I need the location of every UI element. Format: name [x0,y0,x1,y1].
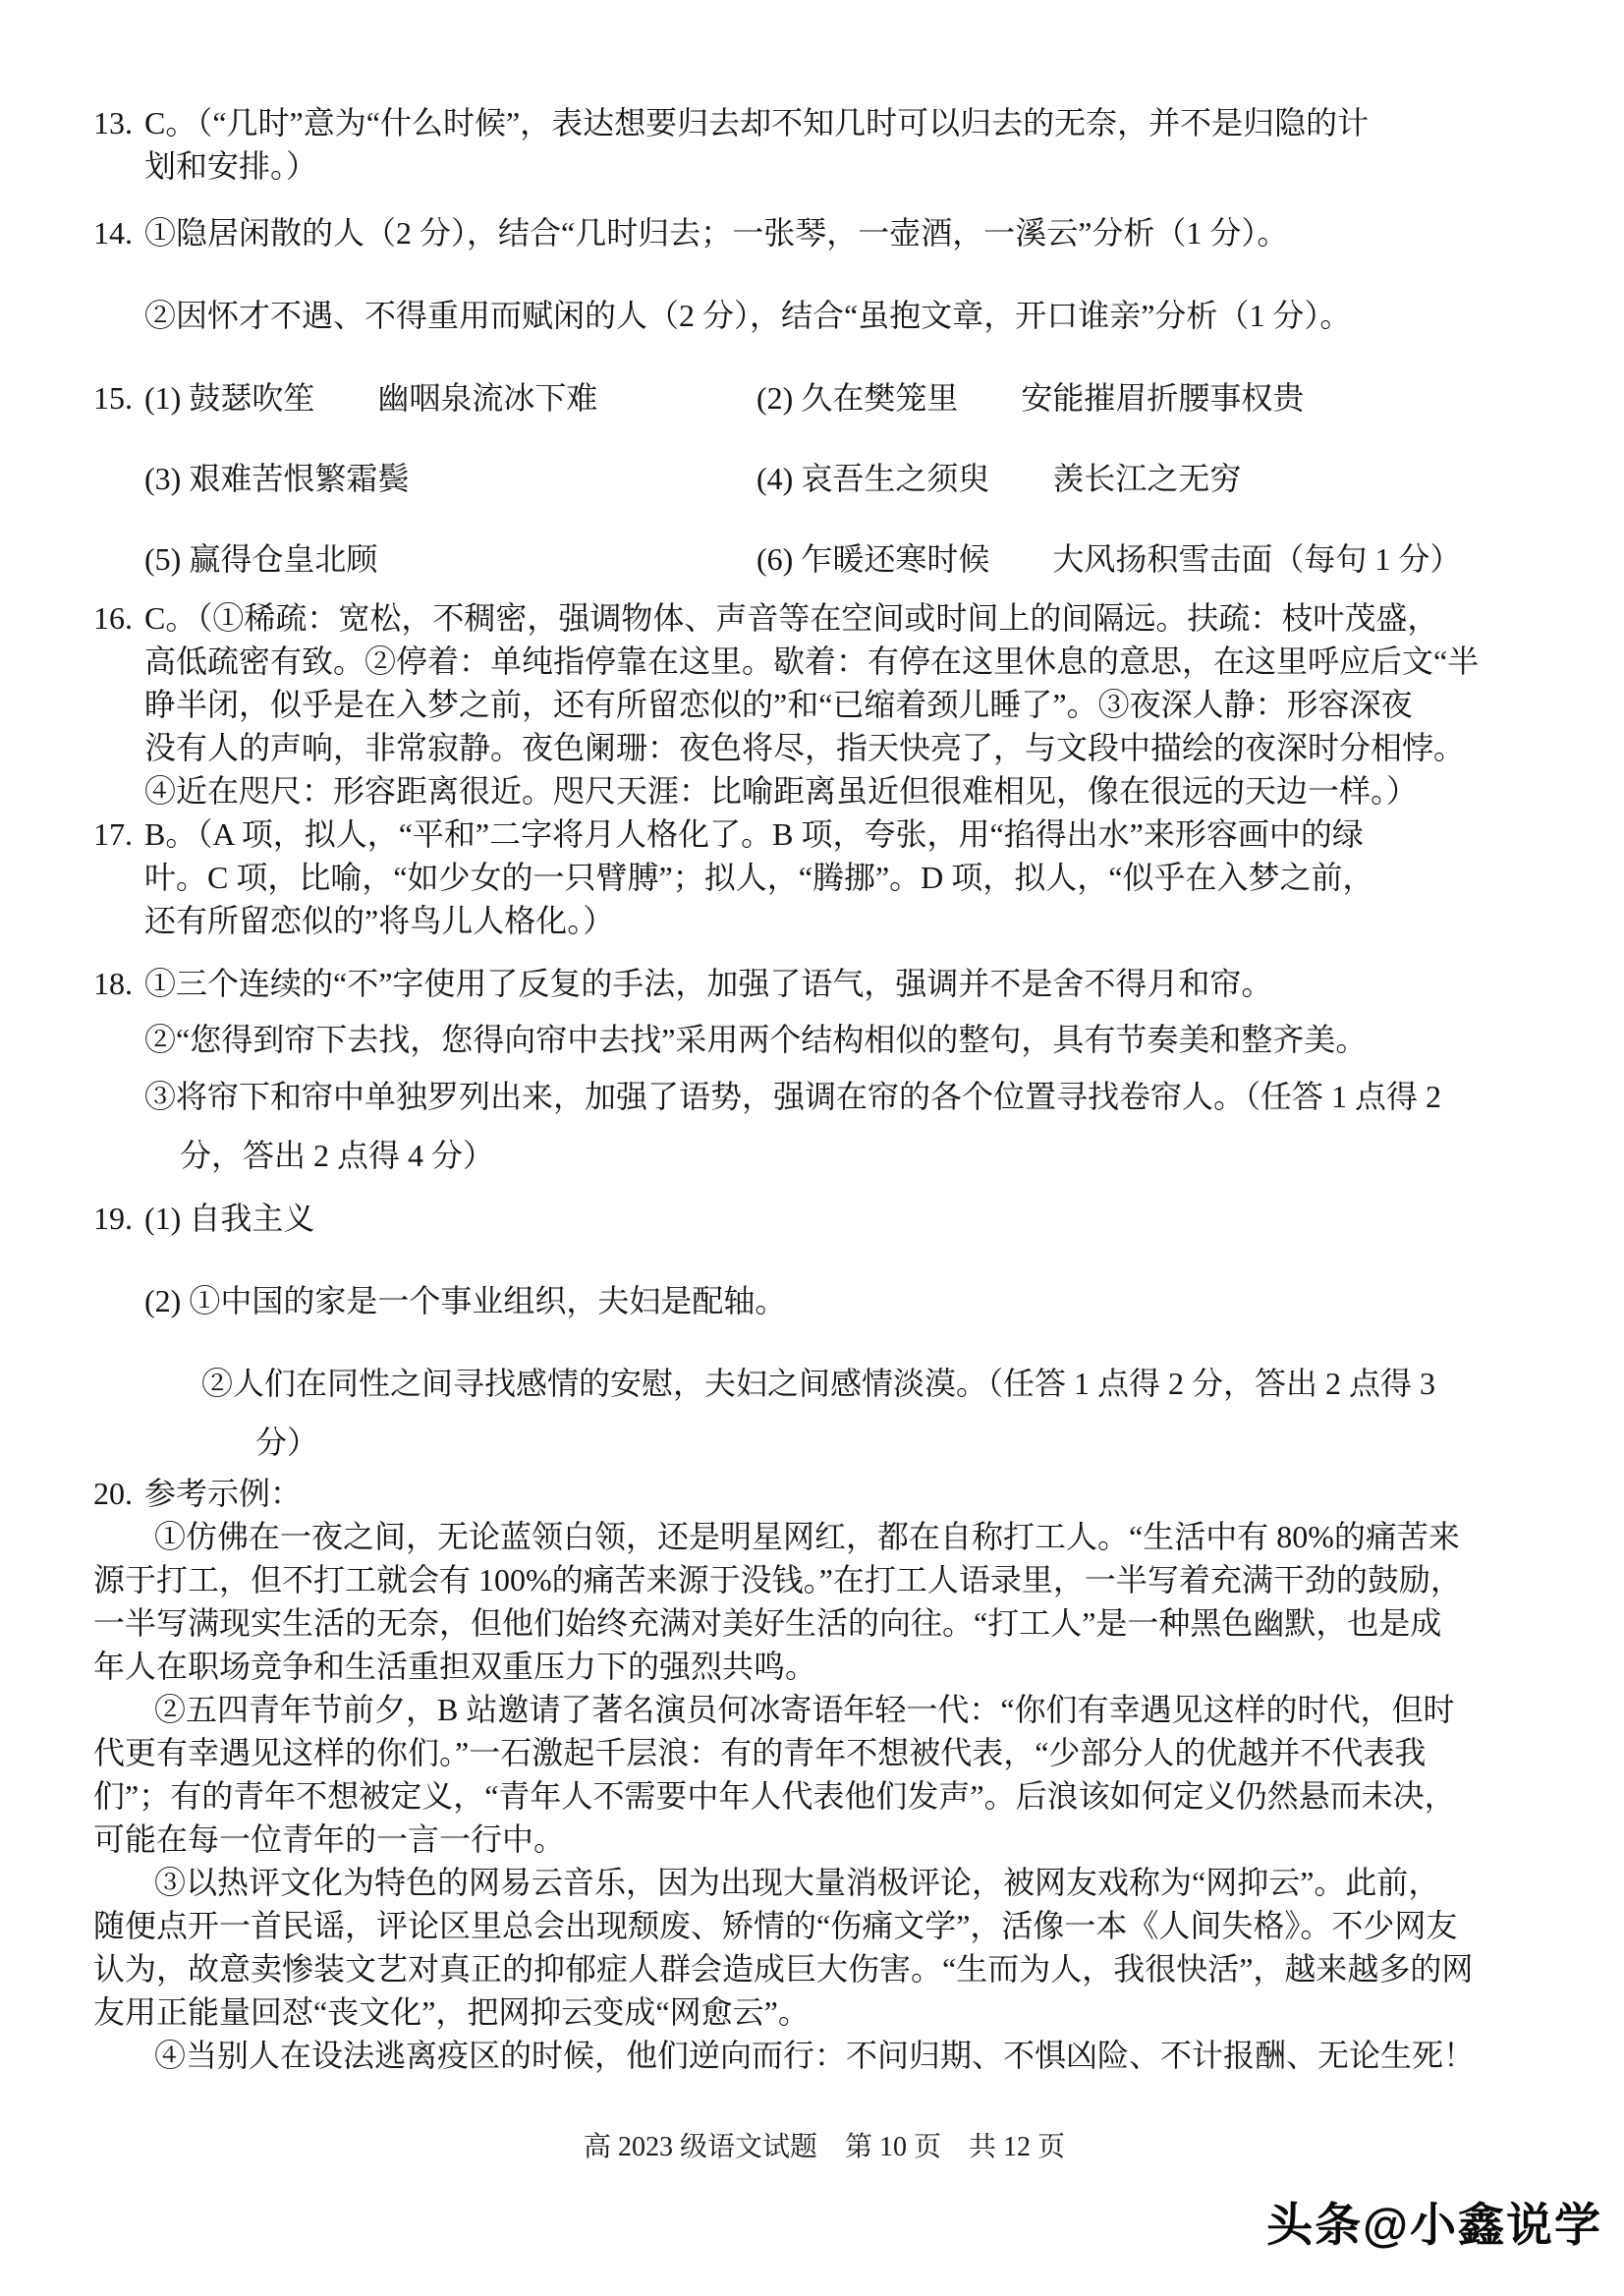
question-number: 18. [93,962,133,1005]
answer-line: 高低疏密有致。②停着：单纯指停靠在这里。歇着：有停在这里休息的意思，在这里呼应后… [144,640,1555,683]
answer-cell: (5) 赢得仓皇北顾 [144,537,756,581]
answer-cell: (1) 鼓瑟吹笙 幽咽泉流冰下难 [144,376,756,420]
answer-item-13: 13. C。（“几时”意为“什么时候”，表达想要归去却不知几时可以归去的无奈，并… [93,101,1555,188]
question-number: 14. [93,211,133,254]
answer-line: ②“您得到帘下去找，您得向帘中去找”采用两个结构相似的整句，具有节奏美和整齐美。 [144,1018,1555,1061]
answer-line: B。（A 项，拟人，“平和”二字将月人格化了。B 项，夸张，用“掐得出水”来形容… [144,812,1555,856]
question-number: 16. [93,596,133,640]
answer-item-16: 16. C。（①稀疏：宽松，不稠密，强调物体、声音等在空间或时间上的间隔远。扶疏… [93,596,1555,812]
answer-line: ③以热评文化为特色的网易云音乐，因为出现大量消极评论，被网友戏称为“网抑云”。此… [93,1861,1555,1904]
answer-line: ③将帘下和帘中单独罗列出来，加强了语势，强调在帘的各个位置寻找卷帘人。（任答 1… [144,1075,1555,1118]
exam-answer-page: 13. C。（“几时”意为“什么时候”，表达想要归去却不知几时可以归去的无奈，并… [0,0,1624,2296]
answer-line: 睁半闭，似乎是在入梦之前，还有所留恋似的”和“已缩着颈儿睡了”。③夜深人静：形容… [144,683,1555,726]
answer-line: ①隐居闲散的人（2 分），结合“几时归去；一张琴，一壶酒，一溪云”分析（1 分）… [144,211,1555,254]
answer-item-14: 14. ①隐居闲散的人（2 分），结合“几时归去；一张琴，一壶酒，一溪云”分析（… [93,211,1555,337]
answer-line: (2) ①中国的家是一个事业组织，夫妇是配轴。 [144,1279,1555,1322]
answer-item-19: 19. (1) 自我主义 (2) ①中国的家是一个事业组织，夫妇是配轴。 ②人们… [93,1197,1555,1464]
answer-line: ②人们在同性之间寻找感情的安慰，夫妇之间感情淡漠。（任答 1 点得 2 分，答出… [201,1362,1555,1405]
answer-line: 代更有幸遇见这样的你们。”一石激起千层浪：有的青年不想被代表，“少部分人的优越并… [93,1731,1555,1774]
answer-line: ④当别人在设法逃离疫区的时候，他们逆向而行：不问归期、不惧凶险、不计报酬、无论生… [93,2034,1555,2077]
answer-line: 可能在每一位青年的一言一行中。 [93,1818,1555,1861]
answer-row: (5) 赢得仓皇北顾 (6) 乍暖还寒时候 大风扬积雪击面（每句 1 分） [144,537,1555,581]
answer-line: 还有所留恋似的”将鸟儿人格化。） [144,899,1555,942]
answer-line: ①仿佛在一夜之间，无论蓝领白领，还是明星网红，都在自称打工人。“生活中有 80%… [93,1515,1555,1558]
question-number: 17. [93,812,133,856]
watermark-text: 头条@小鑫说学 [1266,2204,1602,2247]
question-number: 13. [93,101,133,144]
answer-line: (1) 自我主义 [144,1197,1555,1240]
answer-line: 分，答出 2 点得 4 分） [180,1134,1555,1177]
answer-line: 划和安排。） [144,144,1555,188]
question-number: 15. [93,376,133,420]
answer-line: ④近在咫尺：形容距离很近。咫尺天涯：比喻距离虽近但很难相见，像在很远的天边一样。… [144,769,1555,812]
answer-line: 友用正能量回怼“丧文化”，把网抑云变成“网愈云”。 [93,1990,1555,2034]
answer-cell: (4) 哀吾生之须臾 羡长江之无穷 [756,457,1555,500]
answer-line: 源于打工，但不打工就会有 100%的痛苦来源于没钱。”在打工人语录里，一半写着充… [93,1558,1555,1601]
answer-line: 随便点开一首民谣，评论区里总会出现颓废、矫情的“伤痛文学”，活像一本《人间失格》… [93,1904,1555,1947]
answer-paragraph-1: ①仿佛在一夜之间，无论蓝领白领，还是明星网红，都在自称打工人。“生活中有 80%… [93,1515,1555,1688]
answer-line: 一半写满现实生活的无奈，但他们始终充满对美好生活的向往。“打工人”是一种黑色幽默… [93,1601,1555,1645]
question-number: 20. [93,1472,133,1515]
answer-line: ②因怀才不遇、不得重用而赋闲的人（2 分），结合“虽抱文章，开口谁亲”分析（1 … [144,294,1555,337]
answer-line: ①三个连续的“不”字使用了反复的手法，加强了语气，强调并不是舍不得月和帘。 [144,962,1555,1005]
question-number: 19. [93,1197,133,1240]
answer-cell: (3) 艰难苦恨繁霜鬓 [144,457,756,500]
answer-row: (1) 鼓瑟吹笙 幽咽泉流冰下难 (2) 久在樊笼里 安能摧眉折腰事权贵 [144,376,1555,420]
answer-line: C。（“几时”意为“什么时候”，表达想要归去却不知几时可以归去的无奈，并不是归隐… [144,101,1555,144]
answer-line: 认为，故意卖惨装文艺对真正的抑郁症人群会造成巨大伤害。“生而为人，我很快活”，越… [93,1947,1555,1990]
answer-line: 没有人的声响，非常寂静。夜色阑珊：夜色将尽，指天快亮了，与文段中描绘的夜深时分相… [144,726,1555,769]
answer-line: 年人在职场竞争和生活重担双重压力下的强烈共鸣。 [93,1645,1555,1688]
answer-paragraph-4: ④当别人在设法逃离疫区的时候，他们逆向而行：不问归期、不惧凶险、不计报酬、无论生… [93,2034,1555,2077]
answer-line: 叶。C 项，比喻，“如少女的一只臂膊”；拟人，“腾挪”。D 项，拟人，“似乎在入… [144,856,1555,899]
answer-item-17: 17. B。（A 项，拟人，“平和”二字将月人格化了。B 项，夸张，用“掐得出水… [93,812,1555,942]
answer-item-18: 18. ①三个连续的“不”字使用了反复的手法，加强了语气，强调并不是舍不得月和帘… [93,962,1555,1177]
answer-cell: (6) 乍暖还寒时候 大风扬积雪击面（每句 1 分） [756,537,1555,581]
page-footer: 高 2023 级语文试题 第 10 页 共 12 页 [93,2128,1555,2167]
answer-item-15: 15. (1) 鼓瑟吹笙 幽咽泉流冰下难 (2) 久在樊笼里 安能摧眉折腰事权贵… [93,376,1555,581]
answer-line: 分） [255,1421,1555,1464]
answer-item-20-header: 20. 参考示例： [93,1472,1555,1515]
answer-line: C。（①稀疏：宽松，不稠密，强调物体、声音等在空间或时间上的间隔远。扶疏：枝叶茂… [144,596,1555,640]
answer-paragraph-3: ③以热评文化为特色的网易云音乐，因为出现大量消极评论，被网友戏称为“网抑云”。此… [93,1861,1555,2034]
answer-line: 参考示例： [144,1472,1555,1515]
answer-row: (3) 艰难苦恨繁霜鬓 (4) 哀吾生之须臾 羡长江之无穷 [144,457,1555,500]
answer-line: ②五四青年节前夕，B 站邀请了著名演员何冰寄语年轻一代：“你们有幸遇见这样的时代… [93,1688,1555,1731]
answer-cell: (2) 久在樊笼里 安能摧眉折腰事权贵 [756,376,1555,420]
answer-paragraph-2: ②五四青年节前夕，B 站邀请了著名演员何冰寄语年轻一代：“你们有幸遇见这样的时代… [93,1688,1555,1861]
answer-line: 们”；有的青年不想被定义，“青年人不需要中年人代表他们发声”。后浪该如何定义仍然… [93,1774,1555,1818]
